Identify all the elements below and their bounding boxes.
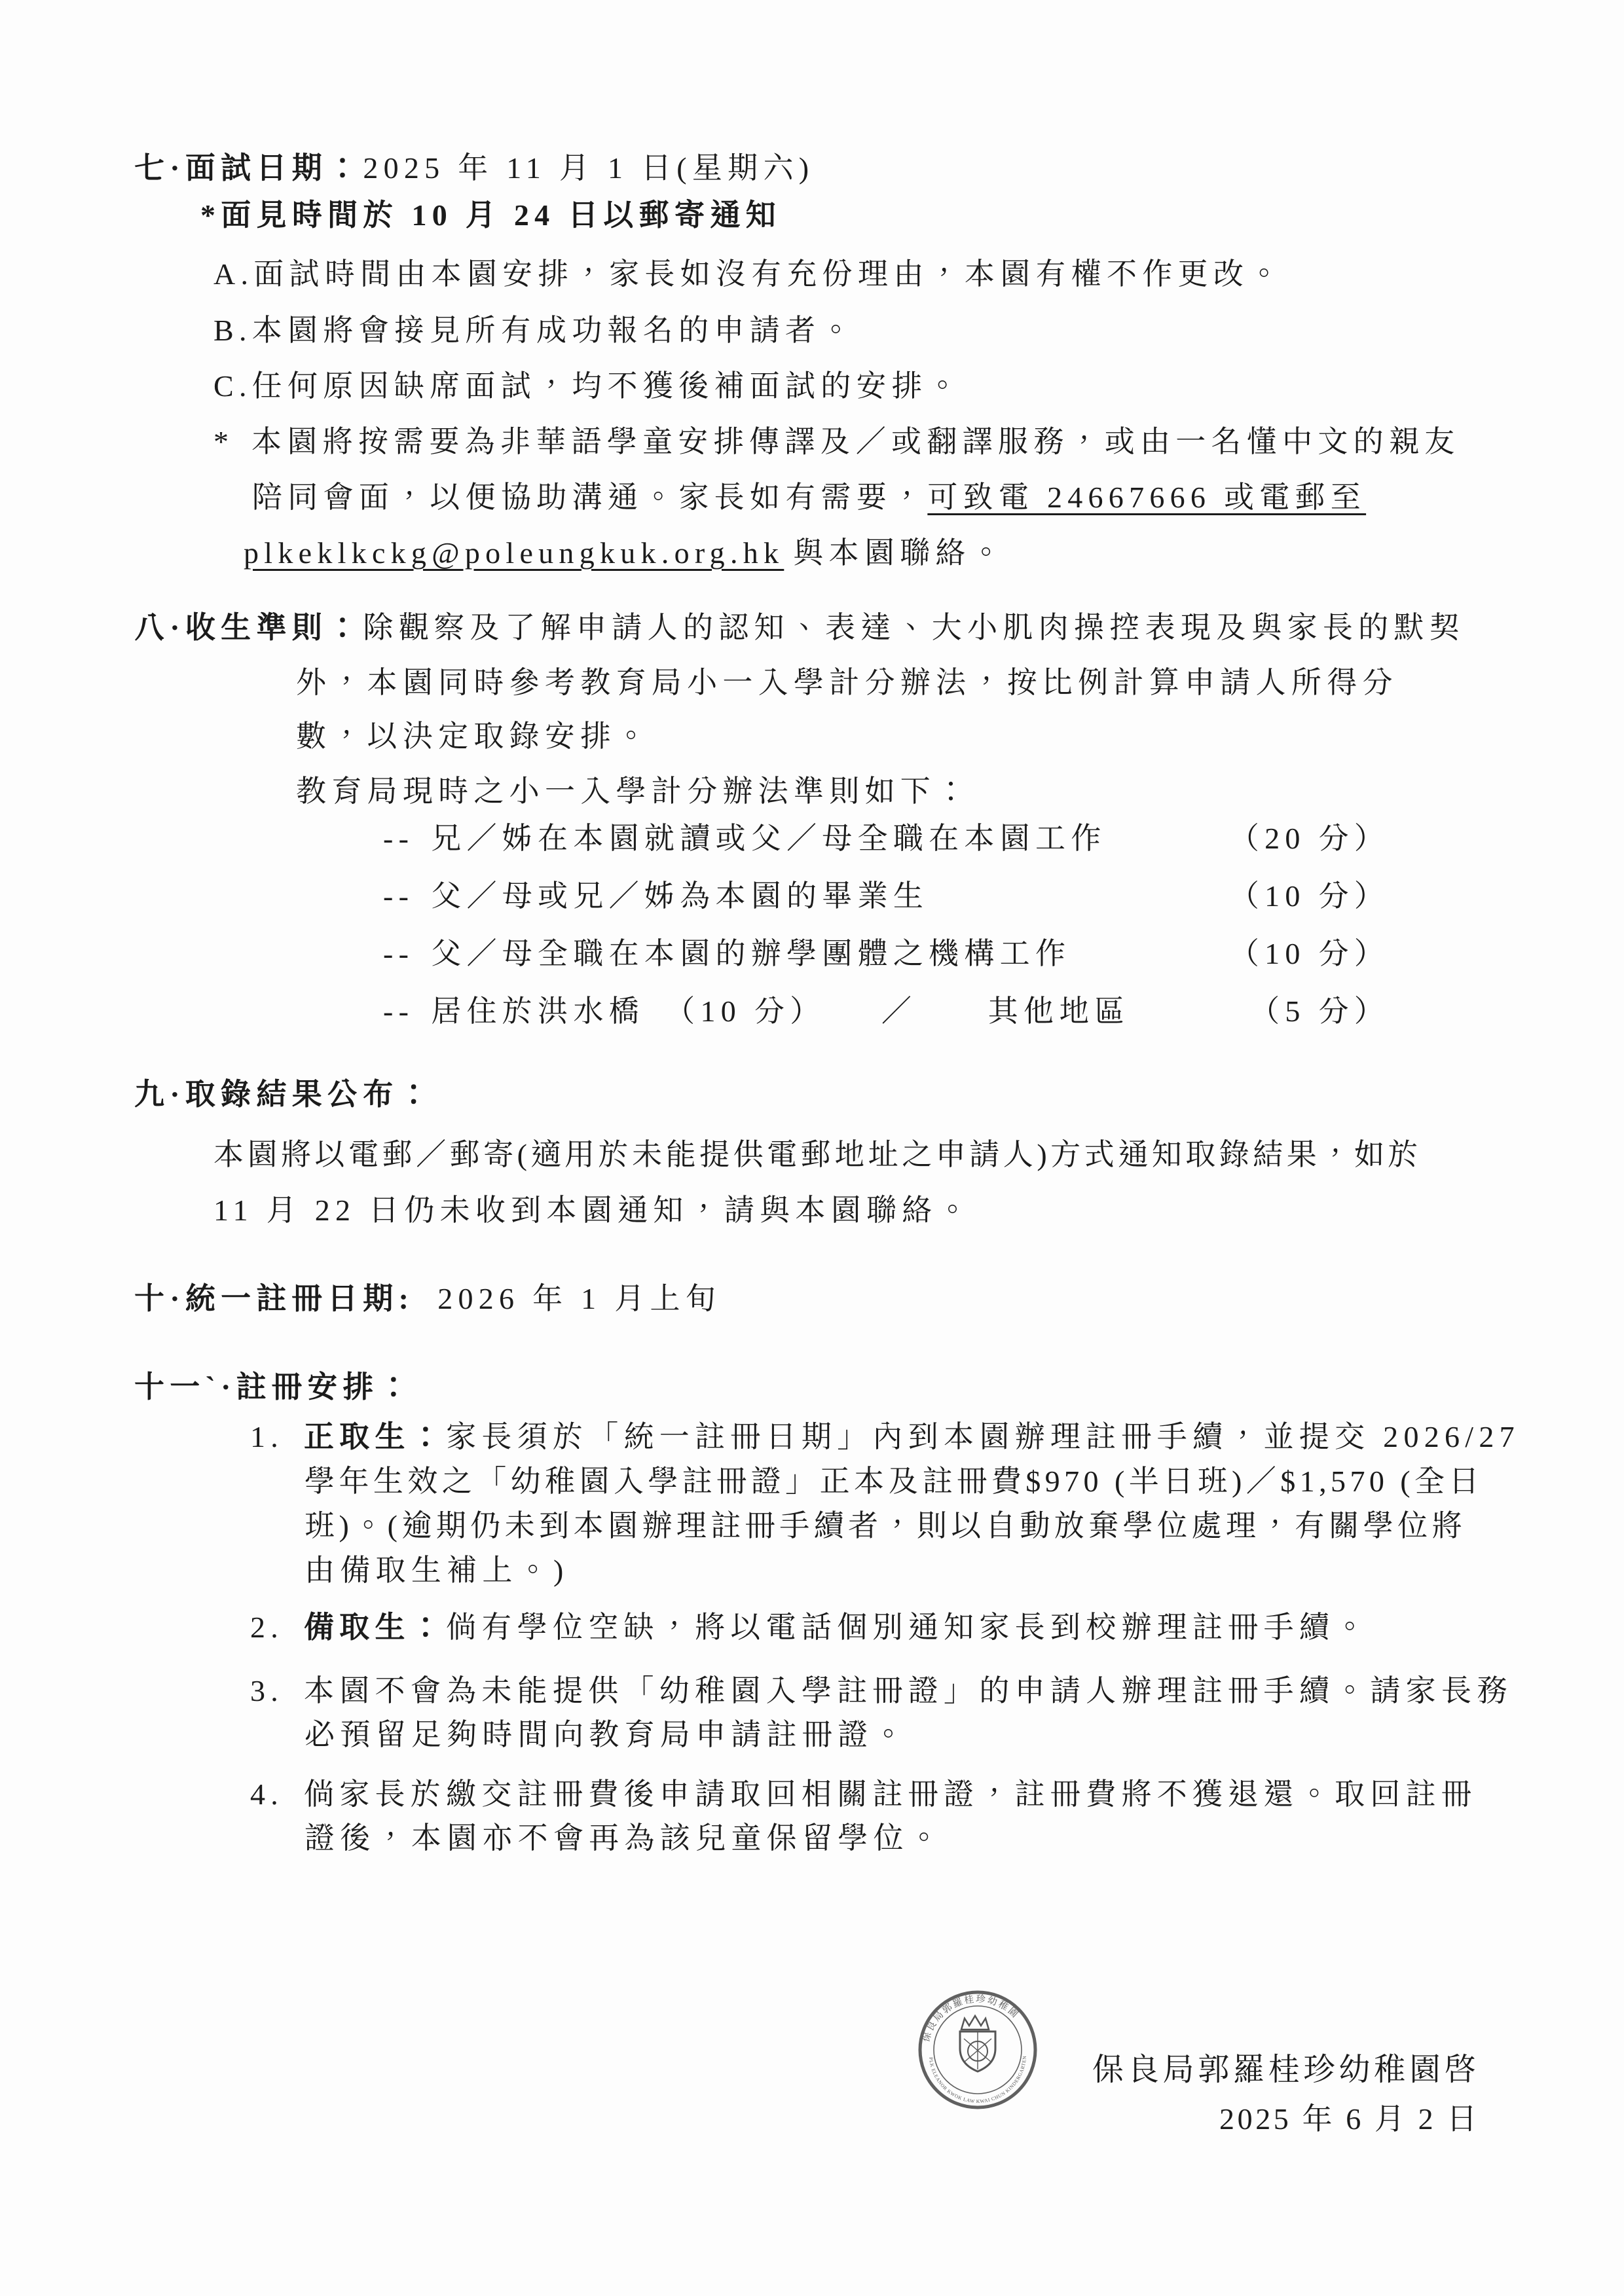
reg-item2-bold: 備取生： <box>304 1611 446 1644</box>
seal-crown <box>961 2016 989 2030</box>
criterion1-score: （20 分） <box>1229 820 1390 858</box>
item-a-label: A. <box>213 255 253 293</box>
email-address: plkeklkckg@poleungkuk.org.hk <box>244 536 784 570</box>
reg-item3-number: 3. <box>250 1672 304 1710</box>
reg-item4-line1: 4.倘家長於繳交註冊費後申請取回相關註冊證，註冊費將不獲退還。取回註冊 <box>250 1776 1477 1813</box>
section8-intro: 教育局現時之小一入學計分辦法準則如下： <box>296 773 971 811</box>
section10-heading: 十·統一註冊日期:2026 年 1 月上旬 <box>134 1280 721 1318</box>
section9-line1: 本園將以電郵／郵寄(適用於未能提供電郵地址之申請人)方式通知取錄結果，如於 <box>213 1136 1422 1174</box>
criterion4-dash: -- <box>383 993 414 1030</box>
reg-item3-line2: 必預留足夠時間向教育局申請註冊證。 <box>304 1716 909 1754</box>
phone-number: 可致電 24667666 或電郵至 <box>927 481 1366 514</box>
section8-heading: 八·收生準則：除觀察及了解申請人的認知、表達、大小肌肉操控表現及與家長的默契 <box>134 609 1465 647</box>
criterion3-score: （10 分） <box>1229 935 1390 973</box>
item-c-text: 任何原因缺席面試，均不獲後補面試的安排。 <box>252 369 963 403</box>
section11-number: 十一`· <box>134 1370 236 1404</box>
item-b-label: B. <box>213 312 252 350</box>
reg-item4-number: 4. <box>250 1776 304 1813</box>
criterion4-text: 居住於洪水橋 （10 分） ／ 其他地區 <box>431 993 1130 1030</box>
section8-title: 收生準則： <box>185 611 363 644</box>
section7-item-a: A.面試時間由本園安排，家長如沒有充份理由，本園有權不作更改。 <box>213 255 1284 293</box>
section7-item-b: B.本園將會接見所有成功報名的申請者。 <box>213 312 857 350</box>
reg-item4-text: 倘家長於繳交註冊費後申請取回相關註冊證，註冊費將不獲退還。取回註冊 <box>304 1777 1477 1811</box>
section10-date-value: 2026 年 1 月上旬 <box>437 1282 721 1315</box>
section7-note-line3: plkeklkckg@poleungkuk.org.hk與本園聯絡。 <box>244 534 1006 572</box>
signature-line: 保良局郭羅桂珍幼稚園啓 <box>1092 2044 1479 2089</box>
section7-item-c: C.任何原因缺席面試，均不獲後補面試的安排。 <box>213 367 963 405</box>
reg-item3-line1: 3.本園不會為未能提供「幼稚園入學註冊證」的申請人辦理註冊手續。請家長務 <box>250 1672 1513 1710</box>
reg-item1-line1: 1.正取生：家長須於「統一註冊日期」內到本園辦理註冊手續，並提交 2026/27 <box>250 1418 1520 1456</box>
reg-item4-line2: 證後，本園亦不會再為該兒童保留學位。 <box>304 1819 944 1857</box>
section9-heading: 九·取錄結果公布： <box>134 1076 434 1114</box>
reg-item1-line3: 班)。(逾期仍未到本園辦理註冊手續者，則以自動放棄學位處理，有關學位將 <box>304 1507 1466 1545</box>
criterion4-score: （5 分） <box>1249 993 1390 1030</box>
criterion3-text: 父／母全職在本園的辦學團體之機構工作 <box>431 935 1071 973</box>
section10-title: 統一註冊日期: <box>185 1282 414 1315</box>
section10-number: 十· <box>134 1282 185 1315</box>
item-b-text: 本園將會接見所有成功報名的申請者。 <box>252 314 857 347</box>
item-a-text: 面試時間由本園安排，家長如沒有充份理由，本園有權不作更改。 <box>253 257 1284 291</box>
criterion2-dash: -- <box>383 877 414 915</box>
criterion-row-4: -- 居住於洪水橋 （10 分） ／ 其他地區 （5 分） <box>383 993 1390 1030</box>
note-line2-plain: 陪同會面，以便協助溝通。家長如有需要， <box>252 481 927 514</box>
note-asterisk: * <box>213 423 251 461</box>
reg-item2-text: 倘有學位空缺，將以電話個別通知家長到校辦理註冊手續。 <box>446 1611 1370 1644</box>
criterion2-text: 父／母或兄／姊為本園的畢業生 <box>431 877 929 915</box>
criterion-row-3: -- 父／母全職在本園的辦學團體之機構工作 （10 分） <box>383 935 1390 973</box>
scanned-notice-page: 七·面試日期：2025 年 11 月 1 日(星期六) *面見時間於 10 月 … <box>0 0 1624 2296</box>
item-c-label: C. <box>213 367 252 405</box>
section8-line2: 外，本園同時參考教育局小一入學計分辦法，按比例計算申請人所得分 <box>296 664 1398 702</box>
reg-item1-text: 家長須於「統一註冊日期」內到本園辦理註冊手續，並提交 2026/27 <box>446 1420 1520 1453</box>
criterion-row-1: -- 兄／姊在本園就讀或父／母全職在本園工作 （20 分） <box>383 820 1390 858</box>
note-line1-text: 本園將按需要為非華語學童安排傳譯及／或翻譯服務，或由一名懂中文的親友 <box>251 425 1460 458</box>
section7-number: 七· <box>134 151 185 185</box>
reg-item1-line4: 由備取生補上。) <box>304 1552 569 1590</box>
section9-title: 取錄結果公布： <box>185 1078 434 1111</box>
criterion1-text: 兄／姊在本園就讀或父／母全職在本園工作 <box>431 820 1106 858</box>
section9-number: 九· <box>134 1078 185 1111</box>
section8-line1: 除觀察及了解申請人的認知、表達、大小肌肉操控表現及與家長的默契 <box>363 611 1465 644</box>
section7-note-line2: 陪同會面，以便協助溝通。家長如有需要，可致電 24667666 或電郵至 <box>252 479 1366 517</box>
section7-note-line1: *本園將按需要為非華語學童安排傳譯及／或翻譯服務，或由一名懂中文的親友 <box>213 423 1460 461</box>
reg-item1-bold: 正取生： <box>304 1420 446 1453</box>
reg-item1-line2: 學年生效之「幼稚園入學註冊證」正本及註冊費$970 (半日班)／$1,570 (… <box>304 1463 1483 1501</box>
criterion2-score: （10 分） <box>1229 877 1390 915</box>
section11-heading: 十一`·註冊安排： <box>134 1368 414 1406</box>
criterion3-dash: -- <box>383 935 414 973</box>
reg-item3-text: 本園不會為未能提供「幼稚園入學註冊證」的申請人辦理註冊手續。請家長務 <box>304 1674 1513 1707</box>
criterion-row-2: -- 父／母或兄／姊為本園的畢業生 （10 分） <box>383 877 1390 915</box>
reg-item2-line1: 2.備取生：倘有學位空缺，將以電話個別通知家長到校辦理註冊手續。 <box>250 1609 1370 1647</box>
reg-item2-number: 2. <box>250 1609 304 1647</box>
date-line: 2025 年 6 月 2 日 <box>1219 2095 1480 2138</box>
section7-date-value: 2025 年 11 月 1 日(星期六) <box>363 151 814 185</box>
section11-title: 註冊安排： <box>236 1370 414 1404</box>
section8-line3: 數，以決定取錄安排。 <box>296 718 652 756</box>
note-line3-plain: 與本園聯絡。 <box>793 536 1006 570</box>
reg-item1-number: 1. <box>250 1418 304 1456</box>
section8-number: 八· <box>134 611 185 644</box>
section7-subnote: *面見時間於 10 月 24 日以郵寄通知 <box>200 196 781 234</box>
school-seal: 保良局郭羅桂珍幼稚園 PLK ELEANOR KWOK LAW KWAI CHU… <box>917 1989 1039 2111</box>
section9-line2: 11 月 22 日仍未收到本園通知，請與本園聯絡。 <box>213 1192 973 1230</box>
section7-heading: 七·面試日期：2025 年 11 月 1 日(星期六) <box>134 149 814 187</box>
criterion1-dash: -- <box>383 820 414 858</box>
section7-title: 面試日期： <box>185 151 363 185</box>
